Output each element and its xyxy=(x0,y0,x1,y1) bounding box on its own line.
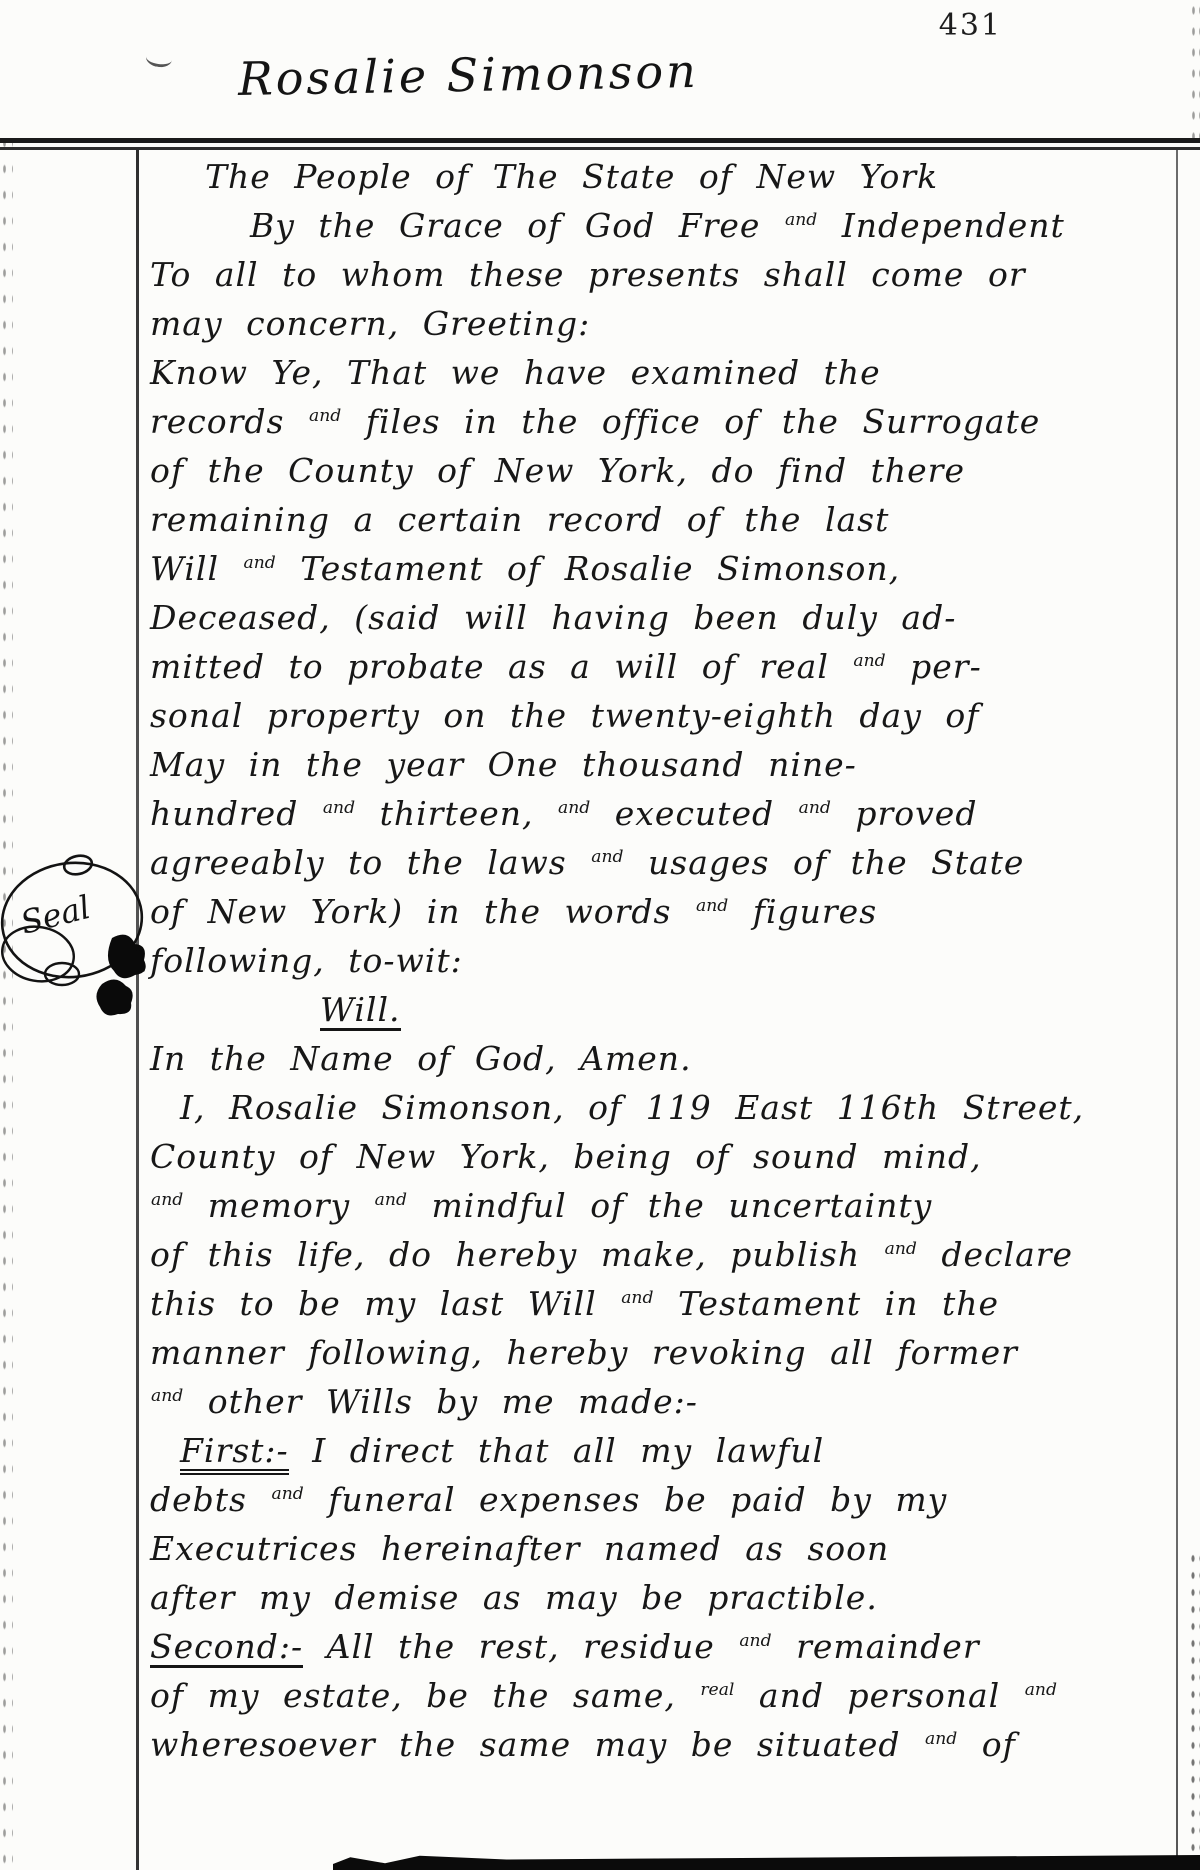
handwritten-line: of my estate, be the same, real and pers… xyxy=(150,1671,1194,1720)
handwritten-line: records and files in the office of the S… xyxy=(150,397,1194,446)
inserted-word: and xyxy=(271,1484,303,1504)
underlined-heading: First:- xyxy=(180,1433,289,1475)
inserted-word: and xyxy=(696,896,728,916)
underlined-heading: Will. xyxy=(320,992,401,1031)
inserted-word: and xyxy=(151,1386,183,1406)
seal-stamp: Seal xyxy=(0,842,152,1038)
handwritten-line: In the Name of God, Amen. xyxy=(150,1034,1194,1083)
inserted-word: and xyxy=(925,1729,957,1749)
handwritten-line: Know Ye, That we have examined the xyxy=(150,348,1194,397)
handwritten-line: of the County of New York, do find there xyxy=(150,446,1194,495)
handwritten-line: Deceased, (said will having been duly ad… xyxy=(150,593,1194,642)
page-number: 431 xyxy=(939,8,1002,43)
inserted-word: real xyxy=(700,1680,734,1700)
ruled-line-horizontal xyxy=(0,138,1200,150)
handwritten-line: of this life, do hereby make, publish an… xyxy=(150,1230,1194,1279)
handwritten-line: remaining a certain record of the last xyxy=(150,495,1194,544)
handwritten-line: Second:- All the rest, residue and remai… xyxy=(150,1622,1194,1671)
inserted-word: and xyxy=(309,406,341,426)
inserted-word: and xyxy=(739,1631,771,1651)
handwritten-line: County of New York, being of sound mind, xyxy=(150,1132,1194,1181)
inserted-word: and xyxy=(323,798,355,818)
handwritten-line: mitted to probate as a will of real and … xyxy=(150,642,1194,691)
inserted-word: and xyxy=(785,210,817,230)
handwritten-line: after my demise as may be practible. xyxy=(150,1573,1194,1622)
handwritten-line: hundred and thirteen, and executed and p… xyxy=(150,789,1194,838)
scanned-will-page: 431 Rosalie Simonson Seal The People of … xyxy=(0,0,1200,1870)
handwritten-line: I, Rosalie Simonson, of 119 East 116th S… xyxy=(150,1083,1194,1132)
inserted-word: and xyxy=(558,798,590,818)
seal-label: Seal xyxy=(17,888,94,942)
inserted-word: and xyxy=(244,553,276,573)
seal-flourish xyxy=(45,963,79,985)
handwritten-line: May in the year One thousand nine- xyxy=(150,740,1194,789)
handwritten-line: sonal property on the twenty-eighth day … xyxy=(150,691,1194,740)
scan-noise-top-right xyxy=(1190,0,1200,140)
ink-blot xyxy=(108,935,146,979)
handwritten-line: of New York) in the words and figures xyxy=(150,887,1194,936)
inserted-word: and xyxy=(885,1239,917,1259)
inserted-word: and xyxy=(375,1190,407,1210)
document-lines: The People of The State of New YorkBy th… xyxy=(150,152,1194,1769)
ink-blot xyxy=(96,979,132,1015)
handwritten-line: may concern, Greeting: xyxy=(150,299,1194,348)
inserted-word: and xyxy=(621,1288,653,1308)
handwritten-line: and other Wills by me made:- xyxy=(150,1377,1194,1426)
handwritten-line: Will and Testament of Rosalie Simonson, xyxy=(150,544,1194,593)
inserted-word: and xyxy=(853,651,885,671)
inserted-word: and xyxy=(799,798,831,818)
handwritten-line: By the Grace of God Free and Independent xyxy=(150,201,1194,250)
handwritten-line: this to be my last Will and Testament in… xyxy=(150,1279,1194,1328)
scanner-bar xyxy=(333,1855,1200,1870)
inserted-word: and xyxy=(591,847,623,867)
handwritten-line: Will. xyxy=(150,985,1194,1034)
handwritten-line: The People of The State of New York xyxy=(150,152,1194,201)
handwritten-line: wheresoever the same may be situated and… xyxy=(150,1720,1194,1769)
handwritten-line: following, to-wit: xyxy=(150,936,1194,985)
handwritten-line: manner following, hereby revoking all fo… xyxy=(150,1328,1194,1377)
handwritten-line: Executrices hereinafter named as soon xyxy=(150,1524,1194,1573)
handwritten-line: debts and funeral expenses be paid by my xyxy=(150,1475,1194,1524)
handwritten-line: and memory and mindful of the uncertaint… xyxy=(150,1181,1194,1230)
ink-speck xyxy=(141,968,145,972)
underlined-heading: Second:- xyxy=(150,1629,303,1668)
handwritten-line: To all to whom these presents shall come… xyxy=(150,250,1194,299)
page-title: Rosalie Simonson xyxy=(238,44,700,106)
inserted-word: and xyxy=(151,1190,183,1210)
inserted-word: and xyxy=(1025,1680,1057,1700)
ink-speck xyxy=(136,950,141,955)
ink-mark xyxy=(145,48,173,68)
handwritten-line: First:- I direct that all my lawful xyxy=(150,1426,1194,1475)
handwritten-line: agreeably to the laws and usages of the … xyxy=(150,838,1194,887)
